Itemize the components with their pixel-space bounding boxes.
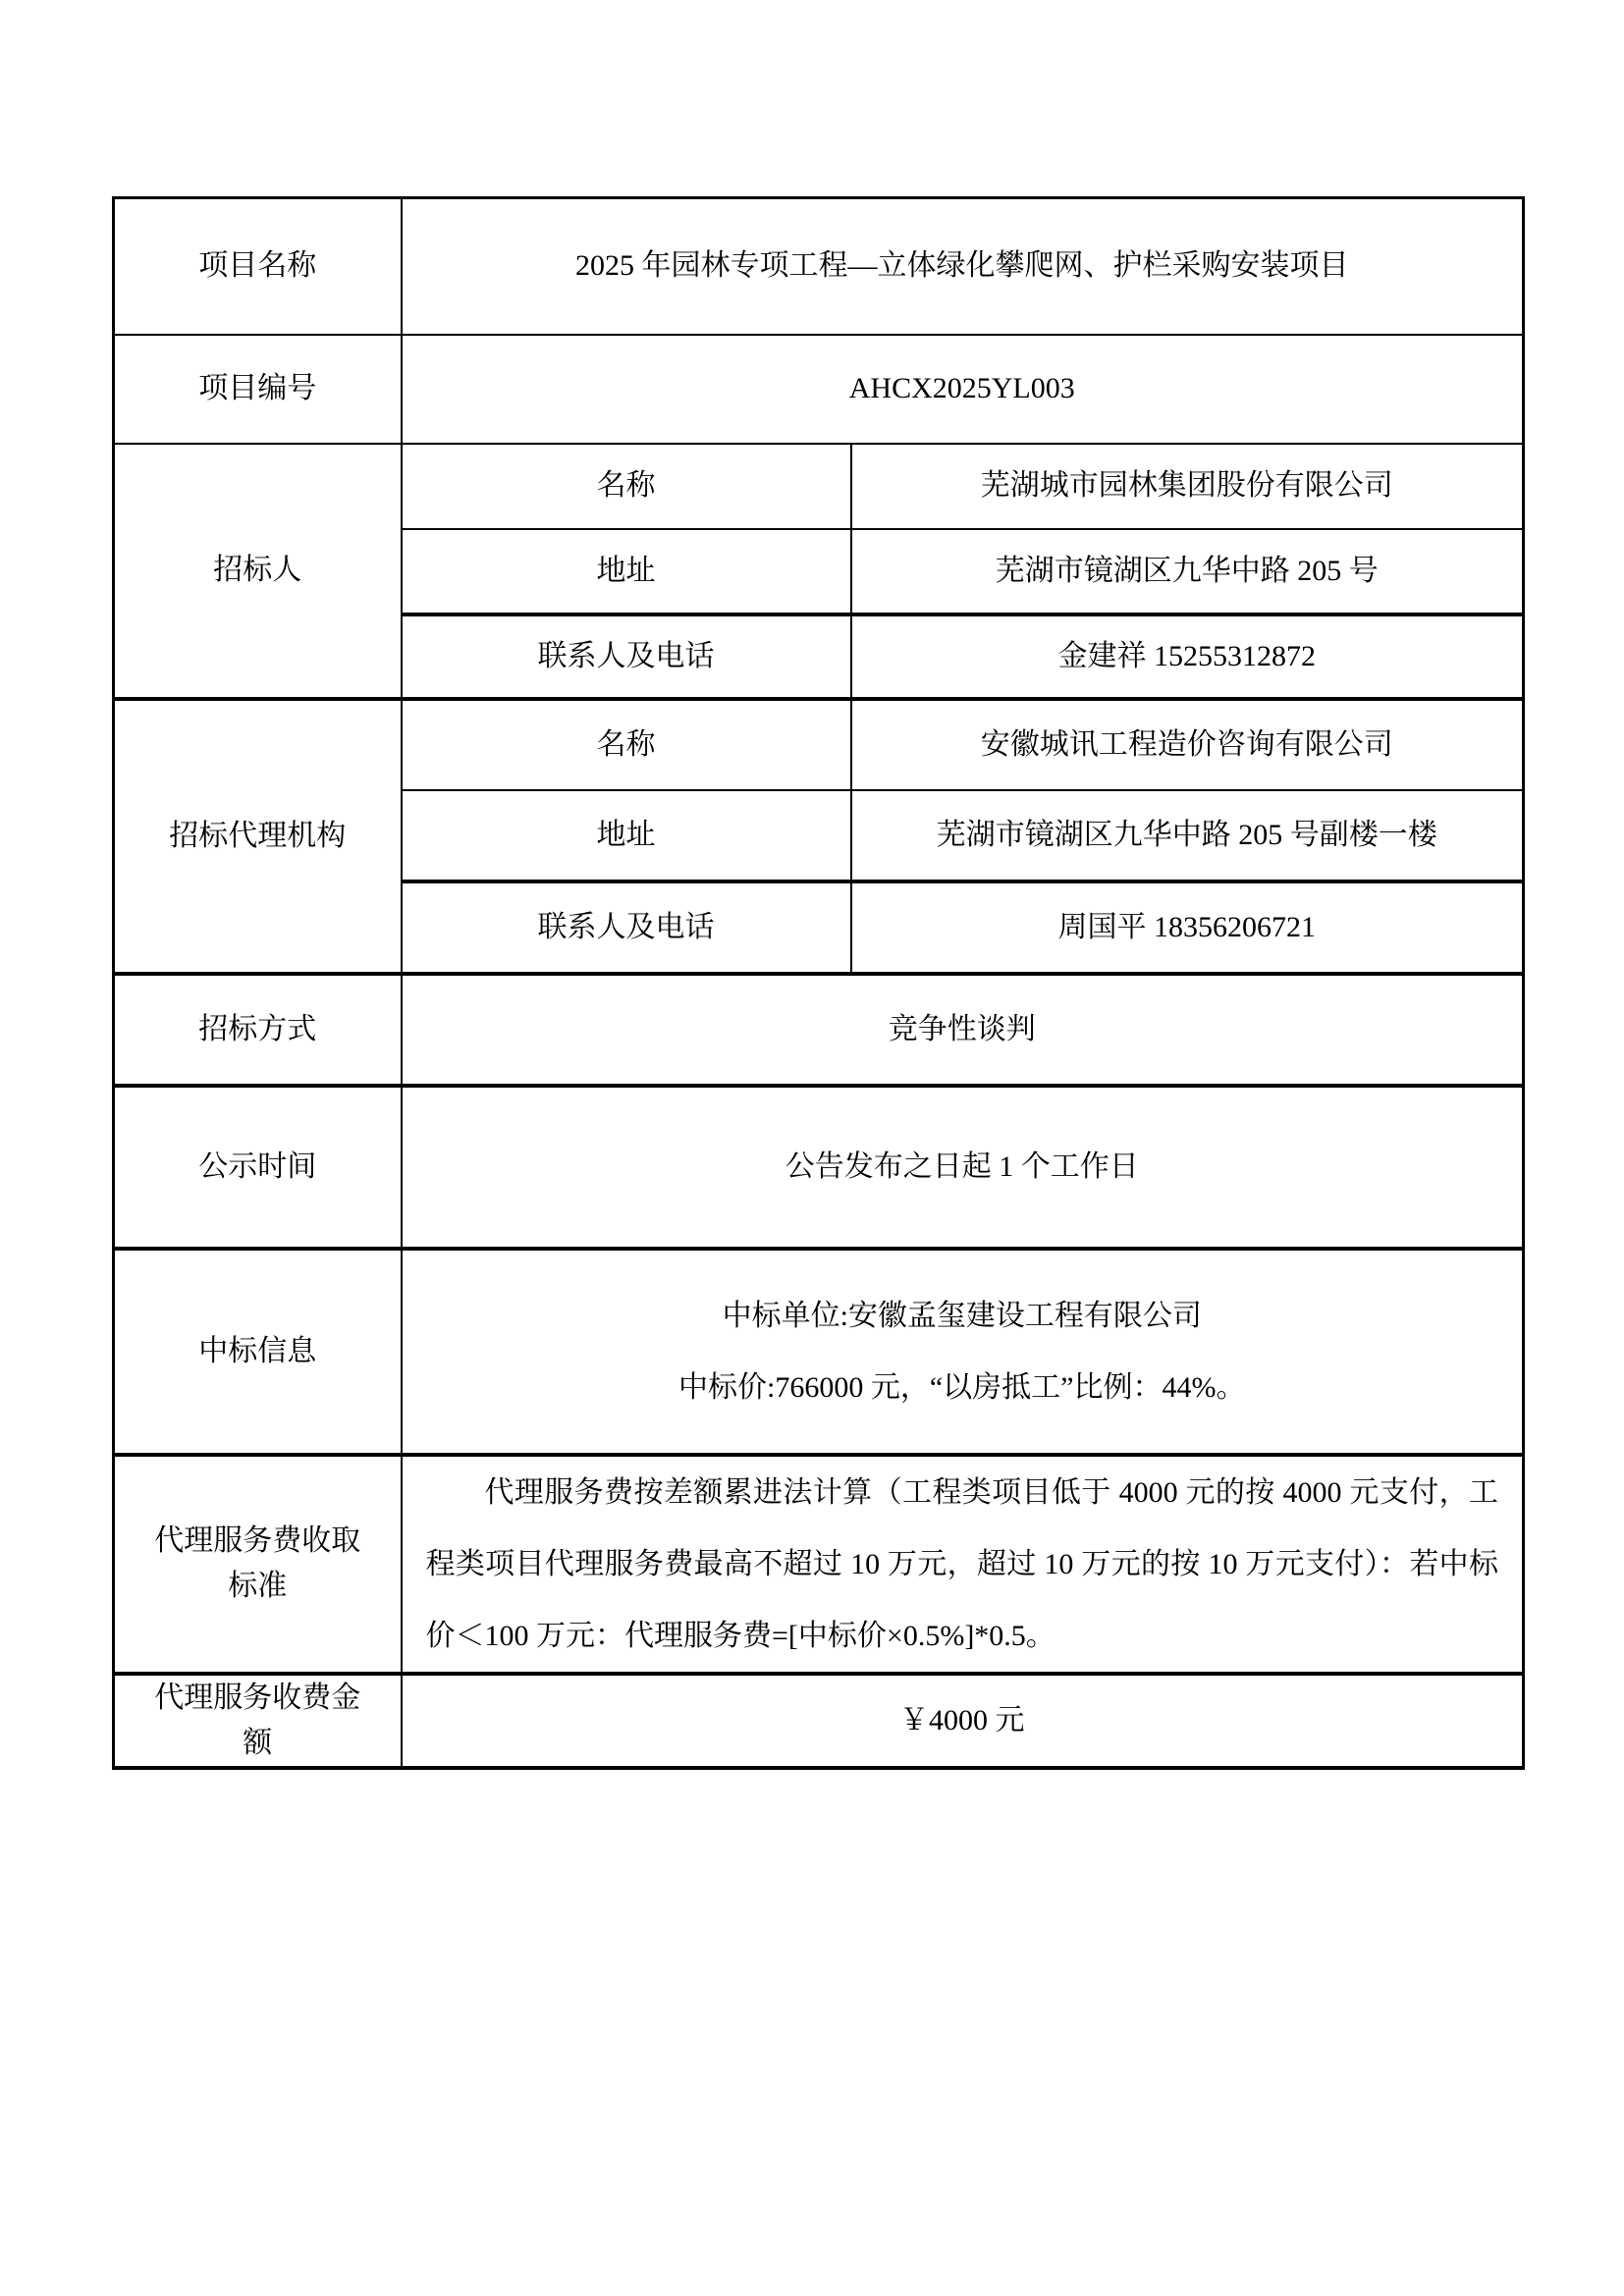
- tender-method-value: 竞争性谈判: [402, 974, 1524, 1086]
- table-row-agency-fee-standard: 代理服务费收取标准 代理服务费按差额累进法计算（工程类项目低于 4000 元的按…: [114, 1455, 1524, 1674]
- agency-contact-field: 联系人及电话: [402, 881, 851, 974]
- tenderer-name-value: 芜湖城市园林集团股份有限公司: [851, 444, 1524, 529]
- tenderer-address-field: 地址: [402, 529, 851, 614]
- tenderer-name-field: 名称: [402, 444, 851, 529]
- agency-address-value: 芜湖市镜湖区九华中路 205 号副楼一楼: [851, 790, 1524, 881]
- table-row-publicity-period: 公示时间 公告发布之日起 1 个工作日: [114, 1086, 1524, 1249]
- agency-name-value: 安徽城讯工程造价咨询有限公司: [851, 699, 1524, 790]
- project-number-value: AHCX2025YL003: [402, 335, 1524, 444]
- project-name-value: 2025 年园林专项工程—立体绿化攀爬网、护栏采购安装项目: [402, 198, 1524, 335]
- table-row-tenderer-name: 招标人 名称 芜湖城市园林集团股份有限公司: [114, 444, 1524, 529]
- table-row-agency-fee-amount: 代理服务收费金额 ￥4000 元: [114, 1674, 1524, 1768]
- agency-name-field: 名称: [402, 699, 851, 790]
- row-label-agency-fee-standard: 代理服务费收取标准: [114, 1455, 402, 1674]
- table-row-award-info: 中标信息 中标单位:安徽孟玺建设工程有限公司 中标价:766000 元，“以房抵…: [114, 1249, 1524, 1455]
- agency-address-field: 地址: [402, 790, 851, 881]
- row-label-award-info: 中标信息: [114, 1249, 402, 1455]
- row-label-project-name: 项目名称: [114, 198, 402, 335]
- row-label-agency: 招标代理机构: [114, 699, 402, 974]
- award-info-value: 中标单位:安徽孟玺建设工程有限公司 中标价:766000 元，“以房抵工”比例：…: [402, 1249, 1524, 1455]
- table-row-project-number: 项目编号 AHCX2025YL003: [114, 335, 1524, 444]
- row-label-publicity-period: 公示时间: [114, 1086, 402, 1249]
- row-label-agency-fee-amount: 代理服务收费金额: [114, 1674, 402, 1768]
- table-row-tender-method: 招标方式 竞争性谈判: [114, 974, 1524, 1086]
- tenderer-contact-field: 联系人及电话: [402, 614, 851, 699]
- row-label-project-number: 项目编号: [114, 335, 402, 444]
- award-price-line: 中标价:766000 元，“以房抵工”比例：44%。: [403, 1352, 1523, 1423]
- tenderer-address-value: 芜湖市镜湖区九华中路 205 号: [851, 529, 1524, 614]
- agency-fee-amount-value: ￥4000 元: [402, 1674, 1524, 1768]
- agency-contact-value: 周国平 18356206721: [851, 881, 1524, 974]
- agency-fee-standard-value: 代理服务费按差额累进法计算（工程类项目低于 4000 元的按 4000 元支付，…: [402, 1455, 1524, 1674]
- table-row-project-name: 项目名称 2025 年园林专项工程—立体绿化攀爬网、护栏采购安装项目: [114, 198, 1524, 335]
- publicity-period-value: 公告发布之日起 1 个工作日: [402, 1086, 1524, 1249]
- row-label-tender-method: 招标方式: [114, 974, 402, 1086]
- tenderer-contact-value: 金建祥 15255312872: [851, 614, 1524, 699]
- award-winner-line: 中标单位:安徽孟玺建设工程有限公司: [403, 1280, 1523, 1352]
- tender-info-table: 项目名称 2025 年园林专项工程—立体绿化攀爬网、护栏采购安装项目 项目编号 …: [112, 196, 1525, 1770]
- table-row-agency-name: 招标代理机构 名称 安徽城讯工程造价咨询有限公司: [114, 699, 1524, 790]
- row-label-tenderer: 招标人: [114, 444, 402, 699]
